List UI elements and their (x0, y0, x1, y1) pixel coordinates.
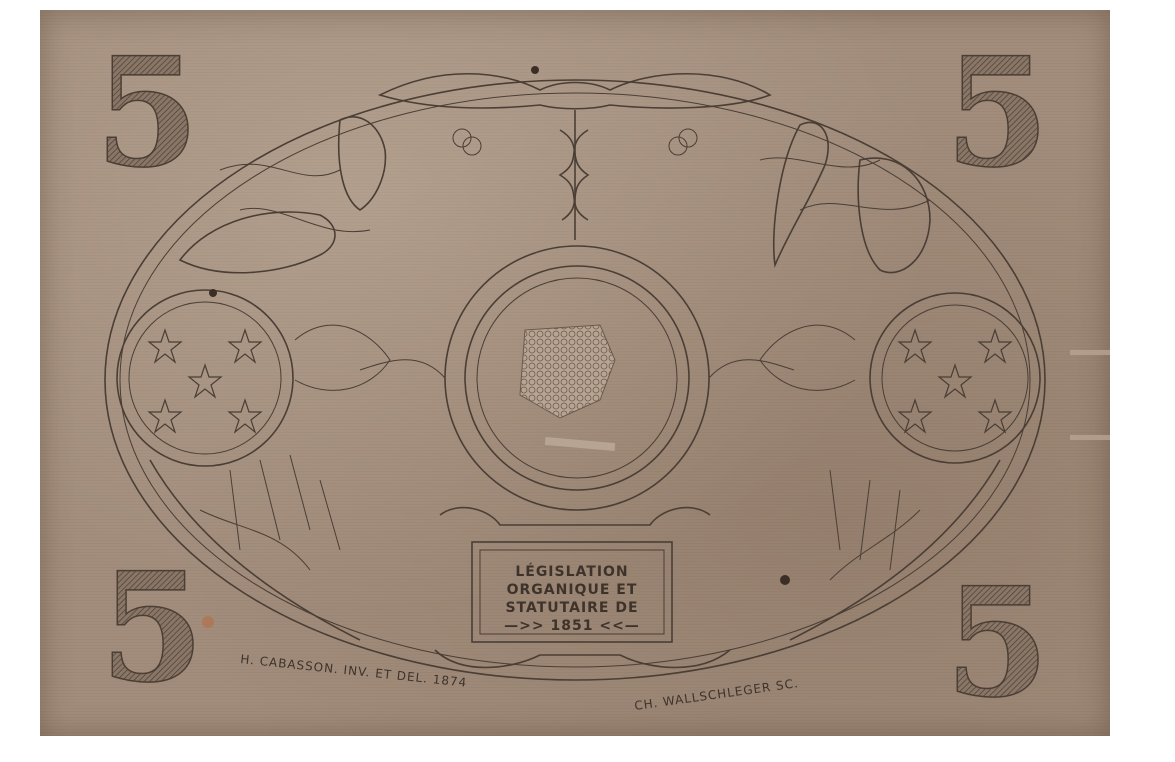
five-stars-icon (117, 290, 293, 466)
svg-text:5: 5 (945, 25, 1049, 201)
cartouche-line-4: —>> 1851 <<— (504, 618, 640, 634)
cartouche-line-1: LÉGISLATION (515, 563, 628, 580)
numeral-5-icon: 5 (100, 540, 204, 716)
numeral-5-icon: 5 (945, 555, 1049, 731)
center-medallion (360, 246, 794, 510)
svg-text:5: 5 (945, 555, 1049, 731)
cartouche-line-3: STATUTAIRE DE (505, 600, 638, 616)
imprint-designer: H. CABASSON. INV. ET DEL. 1874 (240, 652, 468, 690)
parrot-icon (180, 117, 385, 273)
five-stars-icon (870, 293, 1040, 463)
banknote: 5 5 5 5 (40, 10, 1110, 736)
eagle-wings-caduceus-icon (380, 74, 770, 240)
cartouche-line-2: ORGANIQUE ET (507, 582, 638, 598)
imprint-engraver: CH. WALLSCHLEGER SC. (633, 676, 799, 713)
numeral-5-icon: 5 (95, 25, 199, 201)
parrot-icon (760, 122, 930, 272)
banknote-engraving: 5 5 5 5 (40, 10, 1110, 736)
legislation-cartouche: LÉGISLATION ORGANIQUE ET STATUTAIRE DE —… (435, 508, 730, 668)
svg-text:5: 5 (95, 25, 199, 201)
svg-text:5: 5 (100, 540, 204, 716)
numeral-5-icon: 5 (945, 25, 1049, 201)
